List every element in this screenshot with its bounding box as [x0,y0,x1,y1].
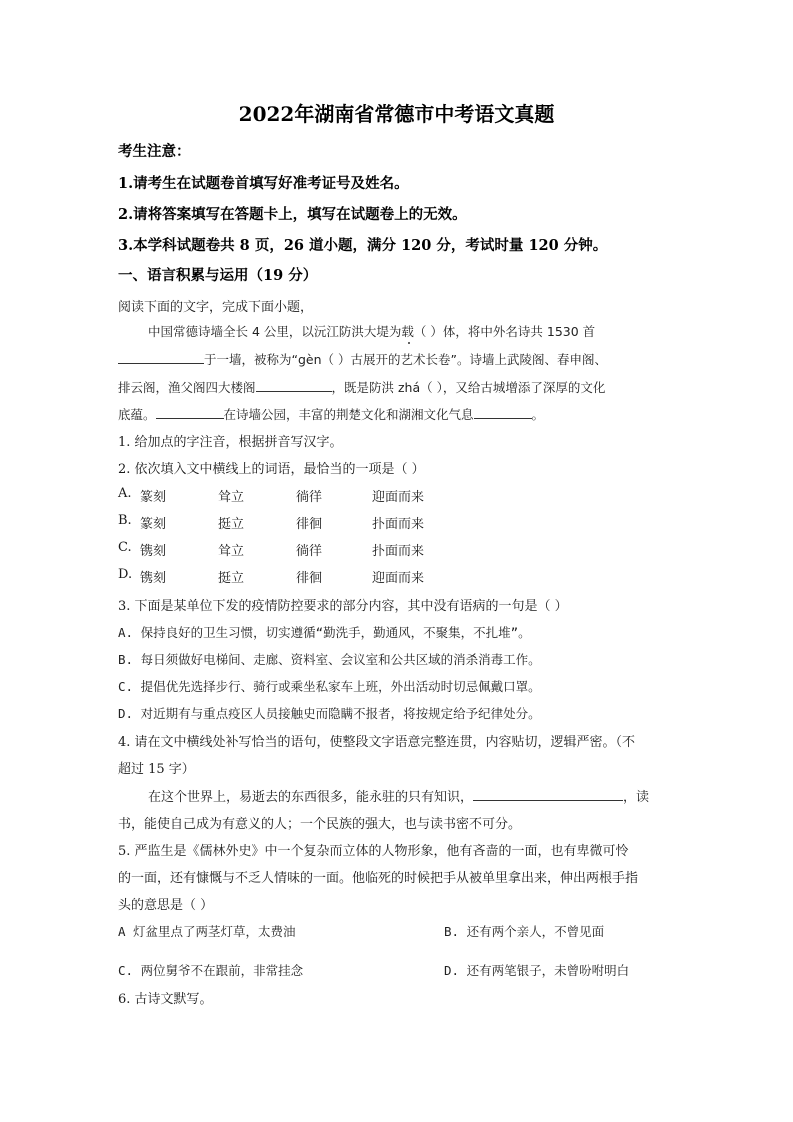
notice-item-2: 2.请将答案填写在答题卡上，填写在试题卷上的无效。 [118,203,467,224]
option-word: 徜徉 [296,486,322,505]
question-5-option-c[interactable]: C. 两位舅爷不在跟前，非常挂念 [118,961,303,979]
passage-line-2: 于一墙，被称为“gèn（ ）古展开的艺术长卷”。诗墙上武陵阁、春申阁、 [118,349,607,368]
option-label: A. [118,486,132,501]
option-word: 扑面而来 [372,513,424,532]
option-word: 挺立 [218,513,244,532]
option-word: 徘徊 [296,513,322,532]
fill-blank-1[interactable] [118,349,204,364]
question-6: 6. 古诗文默写。 [118,988,213,1007]
notice-heading: 考生注意： [118,140,191,161]
dotted-char: 载 [401,324,414,339]
option-label: B. [118,513,132,528]
fill-blank-3[interactable] [156,404,224,419]
question-4-stem-line-1: 4. 请在文中横线处补写恰当的语句，使整段文字语意完整连贯，内容贴切，逻辑严密。… [118,731,635,750]
passage-line-1: 中国常德诗墙全长 4 公里，以沅江防洪大堤为载（ ）体，将中外名诗共 1530 … [148,322,595,340]
option-word: 迎面而来 [372,567,424,586]
option-word: 扑面而来 [372,540,424,559]
option-word: 篆刻 [140,486,166,505]
passage-text: 在这个世界上，易逝去的东西很多，能永驻的只有知识， [148,790,473,805]
question-5-stem-line-3: 头的意思是（ ） [118,894,213,913]
question-5-option-a[interactable]: A 灯盆里点了两茎灯草，太费油 [118,922,296,940]
question-3-option-b[interactable]: B. 每日须做好电梯间、走廊、资料室、会议室和公共区域的消杀消毒工作。 [118,650,541,668]
question-5-stem-line-2: 的一面，还有慷慨与不乏人情味的一面。他临死的时候把手从被单里拿出来，伸出两根手指 [118,867,638,886]
option-word: 耸立 [218,540,244,559]
option-word: 徜徉 [296,540,322,559]
question-5-option-b[interactable]: B. 还有两个亲人，不曾见面 [444,922,604,940]
option-word: 徘徊 [296,567,322,586]
fill-blank-q4[interactable] [473,786,623,801]
question-5-option-d[interactable]: D. 还有两笔银子，未曾吩咐明白 [444,961,629,979]
question-1: 1. 给加点的字注音，根据拼音写汉字。 [118,431,343,450]
question-5-stem-line-1: 5. 严监生是《儒林外史》中一个复杂而立体的人物形象，他有吝啬的一面，也有卑微可… [118,840,629,859]
option-label: C. [118,540,132,555]
passage-text: 排云阁，渔父阁四大楼阁 [118,380,256,395]
question-4-passage-line-1: 在这个世界上，易逝去的东西很多，能永驻的只有知识，，读 [148,786,649,805]
option-word: 镌刻 [140,567,166,586]
passage-text: 。 [532,407,545,422]
passage-line-3: 排云阁，渔父阁四大楼阁，既是防洪 zhá（ ），又给古城增添了深厚的文化 [118,377,605,396]
passage-text: 在诗墙公园，丰富的荆楚文化和湖湘文化气息 [224,407,474,422]
passage-text: ，读 [623,790,649,805]
question-3-option-c[interactable]: C. 提倡优先选择步行、骑行或乘坐私家车上班，外出活动时切忌佩戴口罩。 [118,677,541,695]
passage-text: （ ）体，将中外名诗共 1530 首 [414,324,595,339]
question-3-stem: 3. 下面是某单位下发的疫情防控要求的部分内容，其中没有语病的一句是（ ） [118,595,568,614]
question-4-stem-line-2: 超过 15 字） [118,758,195,777]
question-4-passage-line-2: 书，能使自己成为有意义的人；一个民族的强大，也与读书密不可分。 [118,813,521,832]
passage-text: ，既是防洪 zhá（ ），又给古城增添了深厚的文化 [332,380,606,395]
reading-instruction: 阅读下面的文字，完成下面小题， [118,296,313,315]
option-word: 耸立 [218,486,244,505]
option-label: D. [118,567,132,582]
passage-text: 中国常德诗墙全长 4 公里，以沅江防洪大堤为 [148,324,401,339]
option-word: 镌刻 [140,540,166,559]
fill-blank-2[interactable] [256,377,332,392]
option-word: 篆刻 [140,513,166,532]
fill-blank-4[interactable] [474,404,532,419]
question-3-option-a[interactable]: A. 保持良好的卫生习惯，切实遵循“勤洗手，勤通风，不聚集，不扎堆”。 [118,623,531,641]
page-title: 2022年湖南省常德市中考语文真题 [0,98,793,127]
passage-line-4: 底蕴。在诗墙公园，丰富的荆楚文化和湖湘文化气息。 [118,404,544,423]
notice-item-1: 1.请考生在试题卷首填写好准考证号及姓名。 [118,172,409,193]
option-word: 迎面而来 [372,486,424,505]
exam-page: 2022年湖南省常德市中考语文真题 考生注意： 1.请考生在试题卷首填写好准考证… [0,0,793,1122]
passage-text: 于一墙，被称为“gèn（ ）古展开的艺术长卷”。诗墙上武陵阁、春申阁、 [204,352,607,367]
notice-item-3: 3.本学科试题卷共 8 页，26 道小题，满分 120 分，考试时量 120 分… [118,234,607,255]
option-word: 挺立 [218,567,244,586]
question-2-stem: 2. 依次填入文中横线上的词语，最恰当的一项是（ ） [118,458,425,477]
question-3-option-d[interactable]: D. 对近期有与重点疫区人员接触史而隐瞒不报者，将按规定给予纪律处分。 [118,704,541,722]
section-heading: 一、语言积累与运用（19 分） [118,264,317,285]
passage-text: 底蕴。 [118,407,156,422]
